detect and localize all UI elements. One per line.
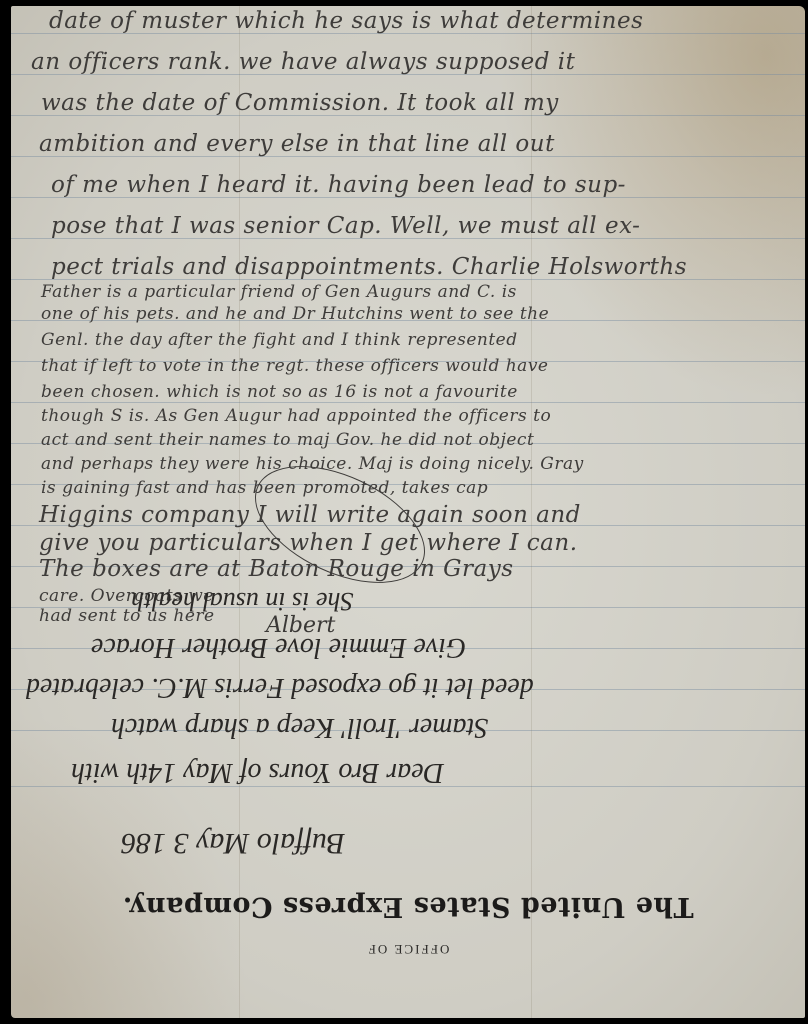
handwritten-line: an officers rank. we have always suppose… (31, 49, 575, 75)
inverted-script-line: Dear Bro Yours of May 14th with (71, 756, 444, 788)
inverted-script-line: deed let it go exposed Ferris M.C. celeb… (26, 671, 534, 703)
handwritten-line: one of his pets. and he and Dr Hutchins … (41, 304, 549, 324)
place-date-line: Buffalo May 3 186 (121, 826, 345, 860)
handwritten-line: The boxes are at Baton Rouge in Grays (39, 556, 514, 582)
handwritten-line: pect trials and disappointments. Charlie… (51, 254, 687, 280)
inverted-script-line: She is in usual health (131, 586, 353, 616)
handwritten-line: been chosen. which is not so as 16 is no… (41, 382, 518, 402)
handwritten-line: that if left to vote in the regt. these … (41, 356, 548, 376)
handwritten-line: though S is. As Gen Augur had appointed … (41, 406, 551, 426)
handwritten-line: pose that I was senior Cap. Well, we mus… (51, 213, 640, 239)
handwritten-line: Genl. the day after the fight and I thin… (41, 330, 518, 350)
handwritten-line: Father is a particular friend of Gen Aug… (41, 282, 517, 302)
letterhead-office-of: OFFICE OF (11, 941, 805, 957)
handwritten-line: of me when I heard it. having been lead … (51, 172, 626, 198)
inverted-script-line: Give Emmie love Brother Horace (91, 631, 466, 663)
letterhead-company-name: The United States Express Company. (11, 891, 805, 922)
handwritten-line: date of muster which he says is what det… (49, 8, 643, 34)
handwritten-line: was the date of Commission. It took all … (41, 90, 559, 116)
handwritten-line: ambition and every else in that line all… (39, 131, 555, 157)
handwritten-line: act and sent their names to maj Gov. he … (41, 430, 534, 450)
ruled-line (11, 402, 805, 403)
inverted-script-line: Stamer 'Iroll' Keep a sharp watch (111, 711, 488, 743)
letter-paper: date of muster which he says is what det… (11, 6, 805, 1018)
